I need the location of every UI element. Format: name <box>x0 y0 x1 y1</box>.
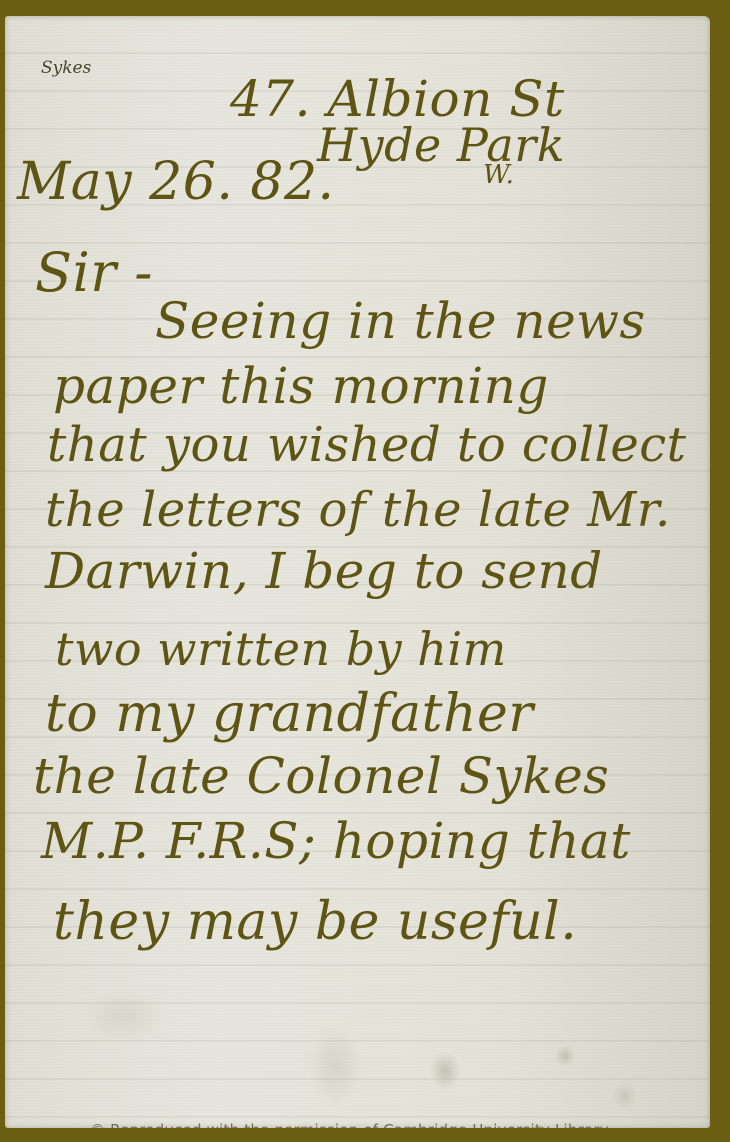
body-line: to my grandfather <box>45 688 534 740</box>
body-line: the late Colonel Sykes <box>33 751 609 801</box>
address-line-1: 47. Albion St <box>230 74 565 124</box>
letter-page: Sykes 47. Albion St Hyde Park W. May 26.… <box>5 16 710 1128</box>
letter-date: May 26. 82. <box>17 156 335 208</box>
body-line: Seeing in the news <box>155 296 646 346</box>
body-line: the letters of the late Mr. <box>45 486 671 534</box>
body-line: that you wished to collect <box>47 421 686 469</box>
frame-bottom-edge <box>0 1128 730 1142</box>
body-line: they may be useful. <box>53 896 577 948</box>
body-line: M.P. F.R.S; hoping that <box>41 816 631 866</box>
body-line: Darwin, I beg to send <box>45 546 603 596</box>
salutation: Sir - <box>35 246 153 300</box>
body-line: paper this morning <box>53 361 549 411</box>
archive-annotation: Sykes <box>41 58 91 78</box>
address-line-3: W. <box>483 162 514 188</box>
body-line: two written by him <box>55 626 507 672</box>
address-line-2: Hyde Park <box>317 122 565 168</box>
document-viewer: Sykes 47. Albion St Hyde Park W. May 26.… <box>0 0 730 1142</box>
